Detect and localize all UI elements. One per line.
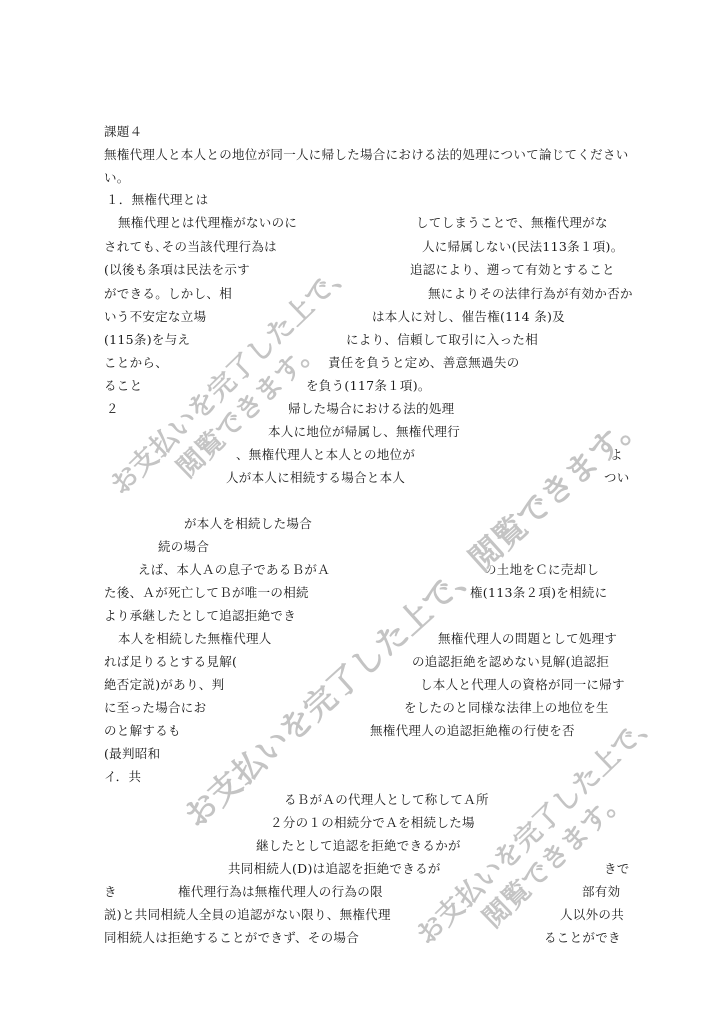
text-line-fragment: 無権代理とは代理権がないのに [118, 215, 297, 231]
text-line-fragment: (115条)を与え [104, 332, 190, 348]
text-line-fragment: き [104, 884, 117, 900]
text-line-fragment: 本人に地位が帰属し、無権代理行 [268, 424, 460, 440]
text-line-fragment: 責任を負うと定め、善意無過失の [328, 355, 520, 371]
text-line-fragment: (最判昭和 [104, 746, 160, 762]
text-line-fragment: 人以外の共 [560, 907, 624, 923]
text-line-fragment: のと解するも [104, 723, 181, 739]
text-line-fragment: 無権代理人の追認拒絶権の行使を否 [370, 723, 575, 739]
text-line-fragment: ２ [106, 401, 119, 417]
text-line-fragment: 続の場合 [158, 539, 209, 555]
text-line-fragment: １．無権代理とは [106, 192, 208, 208]
text-line-fragment: いう不安定な立場 [104, 309, 206, 325]
text-line-fragment: 権代理行為は無権代理人の行為の限 [178, 884, 383, 900]
text-line-fragment: 無権代理人と本人との地位が同一人に帰した場合における法的処理について論じてくださ… [104, 147, 629, 163]
text-line-fragment: イ．共 [104, 769, 141, 785]
text-line-fragment: 同相続人は拒絶することができず、その場合 [104, 930, 359, 946]
document-page: 課題４無権代理人と本人との地位が同一人に帰した場合における法的処理について論じて… [0, 0, 724, 1024]
text-line-fragment: し本人と代理人の資格が同一に帰す [420, 677, 625, 693]
text-line-fragment: ２分の１の相続分でＡを相続した場 [270, 815, 475, 831]
text-line-fragment: えば、本人Ａの息子であるＢがＡ [138, 562, 330, 578]
text-line-fragment: されても､その当該代理行為は [104, 239, 277, 255]
text-line-fragment: ことから、 [104, 355, 168, 371]
text-line-fragment: 共同相続人(D)は追認を拒絶できるが [228, 861, 441, 877]
text-line-fragment: により、信頼して取引に入った相 [346, 332, 538, 348]
text-line-fragment: が本人を相続した場合 [184, 516, 312, 532]
text-line-fragment: の追認拒絶を認めない見解(追認拒 [412, 654, 609, 670]
text-line-fragment: 、無権代理人と本人との地位が [236, 447, 415, 463]
text-line-fragment: るＢがＡの代理人として称してＡ所 [284, 792, 489, 808]
text-line-fragment: い。 [104, 170, 130, 186]
text-line-fragment: 追認により、遡って有効とすること [410, 262, 615, 278]
text-line-fragment: より承継したとして追認拒絶でき [104, 608, 296, 624]
text-line-fragment: つい [604, 470, 630, 486]
text-line-fragment: 帰した場合における法的処理 [288, 401, 454, 417]
text-line-fragment: をしたのと同様な法律上の地位を生 [404, 700, 609, 716]
text-line-fragment: 人が本人に相続する場合と本人 [226, 470, 405, 486]
text-line-fragment: を負う(117条１項)。 [306, 378, 431, 394]
text-line-fragment: きで [604, 861, 630, 877]
text-line-fragment: 無権代理人の問題として処理す [438, 631, 617, 647]
text-line-fragment: ができる。しかし、相 [104, 286, 232, 302]
text-line-fragment: 権(113条２項)を相続に [470, 585, 608, 601]
text-line-fragment: ることができ [544, 930, 621, 946]
text-line-fragment: 本人を相続した無権代理人 [118, 631, 272, 647]
text-line-fragment: に至った場合にお [104, 700, 206, 716]
text-line-fragment: 課題４ [104, 124, 142, 140]
text-line-fragment: は本人に対し、催告権(114 条)及 [372, 309, 565, 325]
text-line-fragment: ること [104, 378, 142, 394]
text-line-fragment: 部有効 [582, 884, 620, 900]
text-line-fragment: 人に帰属しない(民法113条１項)。 [422, 239, 624, 255]
text-line-fragment: た後、Ａが死亡してＢが唯一の相続 [104, 585, 309, 601]
text-line-fragment: れば足りるとする見解( [104, 654, 237, 670]
text-line-fragment: (以後も条項は民法を示す [104, 262, 250, 278]
text-line-fragment: 絶否定説)があり、判 [104, 677, 224, 693]
text-line-fragment: 継したとして追認を拒絶できるかが [256, 838, 461, 854]
text-line-fragment: してしまうことで、無権代理がな [416, 215, 608, 231]
text-line-fragment: 無によりその法律行為が有効か否か [428, 286, 633, 302]
text-line-fragment: 説)と共同相続人全員の追認がない限り、無権代理 [104, 907, 391, 923]
